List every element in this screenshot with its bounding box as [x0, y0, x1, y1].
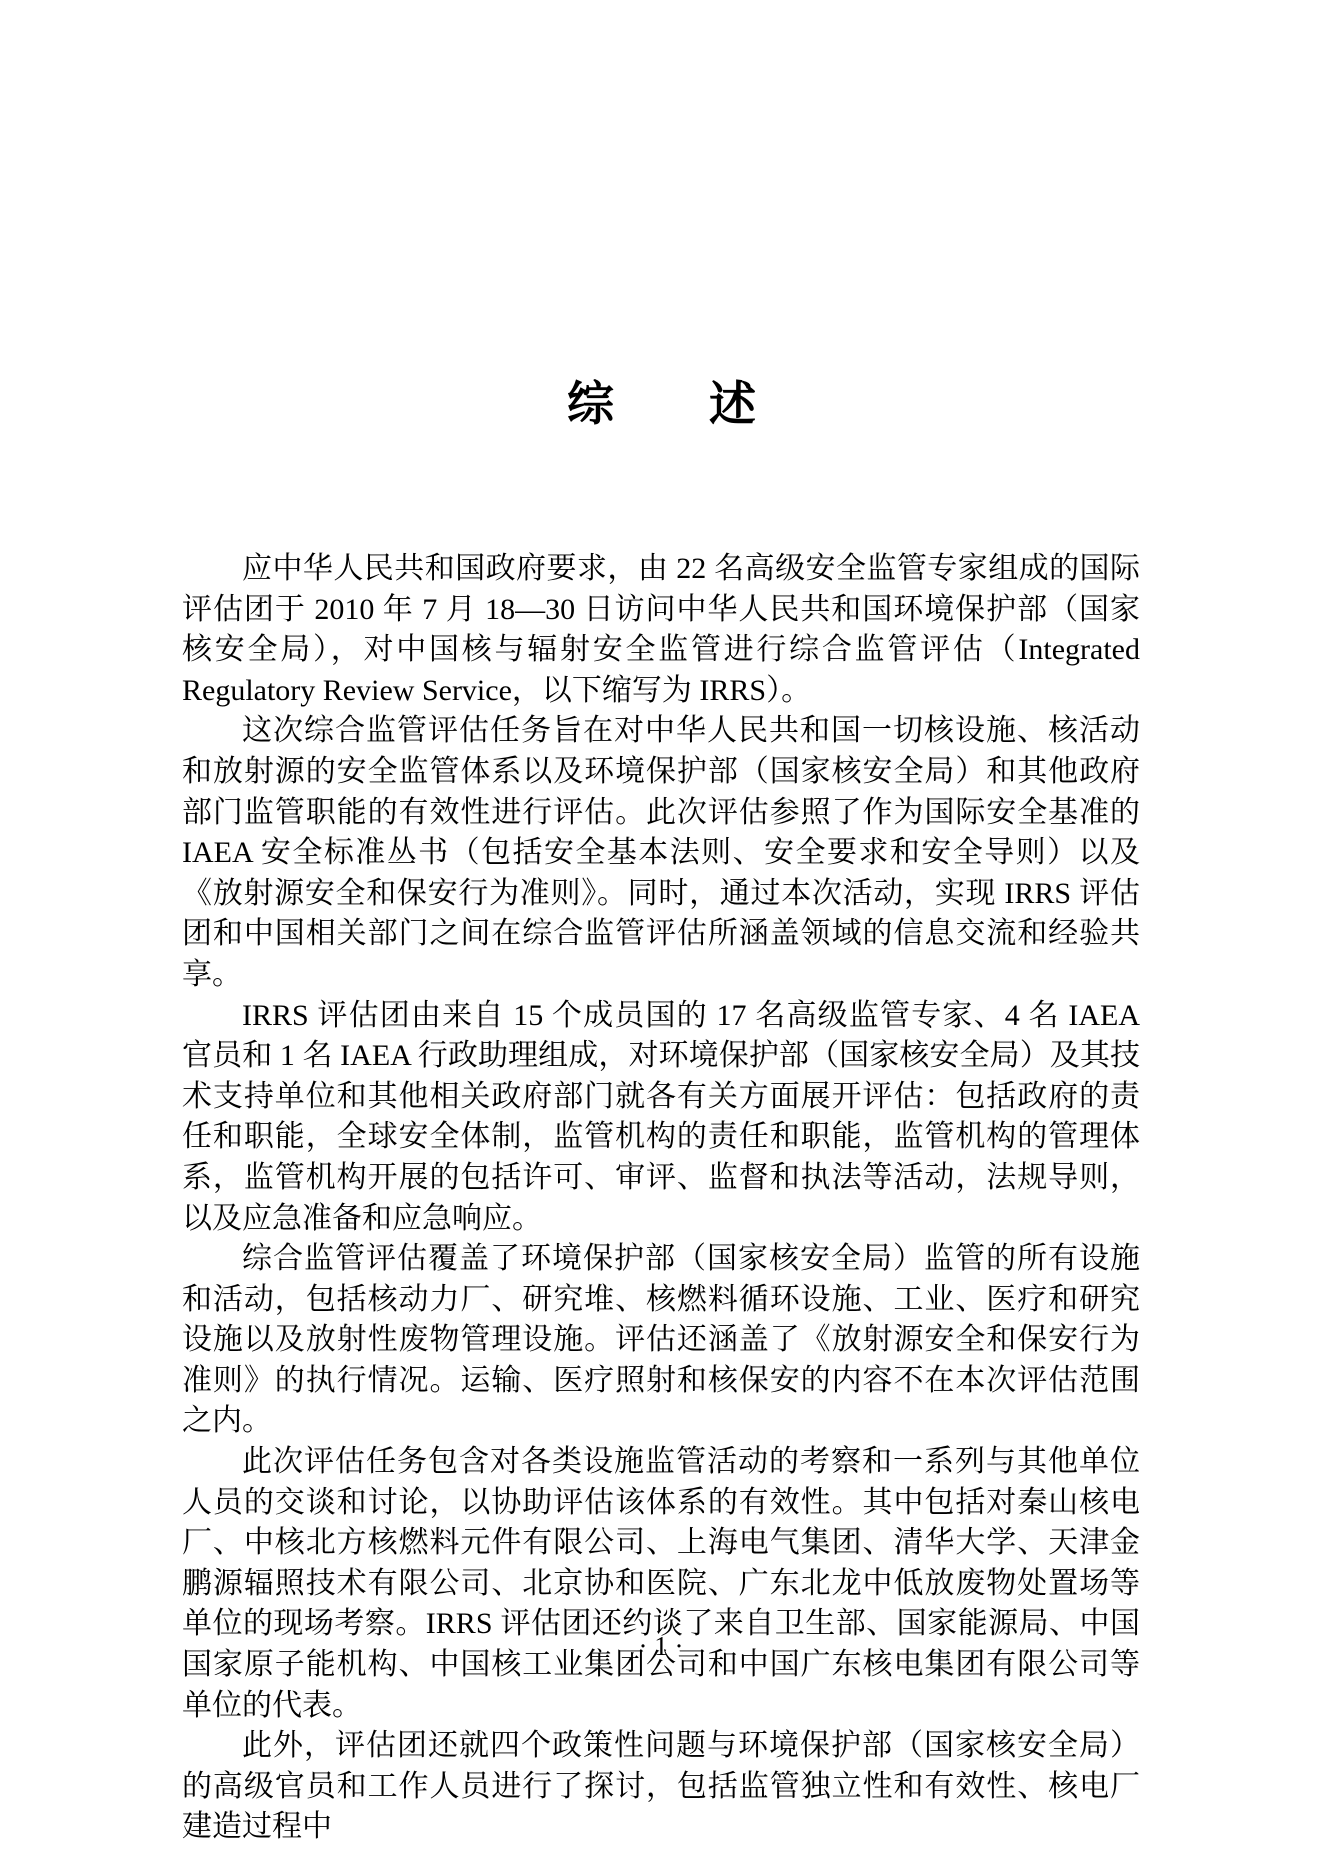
page-number: · 1 ·	[639, 1631, 684, 1661]
document-page: 综述 应中华人民共和国政府要求，由 22 名高级安全监管专家组成的国际评估团于 …	[0, 0, 1323, 1871]
page-footer: · 1 ·	[182, 1630, 1140, 1662]
paragraph-6: 此外，评估团还就四个政策性问题与环境保护部（国家核安全局）的高级官员和工作人员进…	[182, 1726, 1140, 1848]
page-title-char-2: 述	[709, 379, 756, 431]
page-title-char-1: 综	[567, 379, 614, 431]
paragraph-4: 综合监管评估覆盖了环境保护部（国家核安全局）监管的所有设施和活动，包括核动力厂、…	[182, 1239, 1140, 1442]
page-title: 综述	[0, 378, 1323, 432]
paragraph-1: 应中华人民共和国政府要求，由 22 名高级安全监管专家组成的国际评估团于 201…	[182, 549, 1140, 711]
paragraph-5: 此次评估任务包含对各类设施监管活动的考察和一系列与其他单位人员的交谈和讨论，以协…	[182, 1442, 1140, 1726]
paragraph-2: 这次综合监管评估任务旨在对中华人民共和国一切核设施、核活动和放射源的安全监管体系…	[182, 711, 1140, 995]
paragraph-3: IRRS 评估团由来自 15 个成员国的 17 名高级监管专家、4 名 IAEA…	[182, 996, 1140, 1240]
